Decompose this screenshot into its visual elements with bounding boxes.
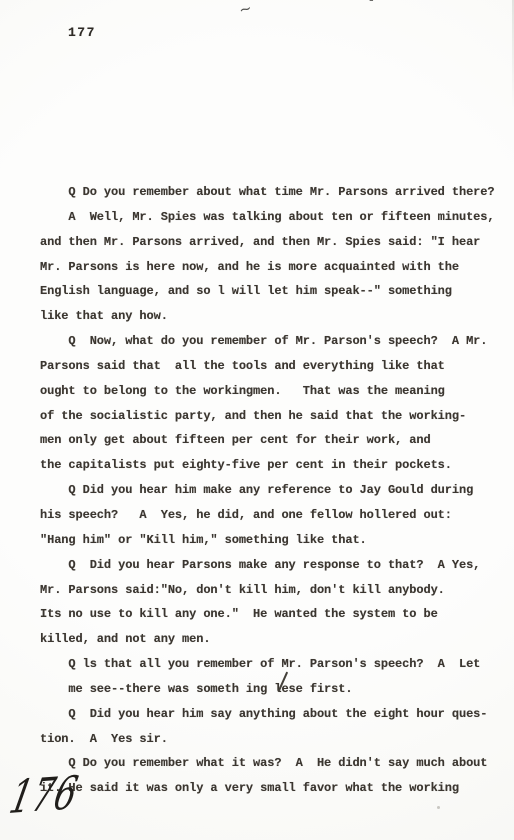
transcript-line: the capitalists put eighty-five per cent… bbox=[40, 453, 506, 478]
transcript-line: English language, and so l will let him … bbox=[40, 279, 506, 304]
transcript-line: me see--there was someth ing lese first. bbox=[40, 677, 506, 702]
transcript-line: Q Did you hear him make any reference to… bbox=[40, 478, 506, 503]
transcript-line: A Well, Mr. Spies was talking about ten … bbox=[40, 205, 506, 230]
typed-page-number: 177 bbox=[68, 25, 96, 40]
transcript-line: Mr. Parsons said:"No, don't kill him, do… bbox=[40, 578, 506, 603]
handwritten-page-number: 176 bbox=[6, 769, 82, 820]
pencil-squiggle-smudge: ~ bbox=[237, 0, 254, 19]
transcript-line: Q Do you remember what it was? A He didn… bbox=[40, 751, 506, 776]
transcript-text: Q Do you remember about what time Mr. Pa… bbox=[40, 180, 506, 801]
transcript-line: men only get about fifteen per cent for … bbox=[40, 428, 506, 453]
ink-dot-artifact bbox=[437, 806, 440, 809]
transcript-line: killed, and not any men. bbox=[40, 627, 506, 652]
transcript-line: his speech? A Yes, he did, and one fello… bbox=[40, 503, 506, 528]
transcript-line: Q Do you remember about what time Mr. Pa… bbox=[40, 180, 506, 205]
transcript-line: Q Did you hear him say anything about th… bbox=[40, 702, 506, 727]
ink-dash-smudge: - bbox=[369, 0, 374, 8]
transcript-line: Mr. Parsons is here now, and he is more … bbox=[40, 255, 506, 280]
transcript-line: "Hang him" or "Kill him," something like… bbox=[40, 528, 506, 553]
transcript-line: of the socialistic party, and then he sa… bbox=[40, 404, 506, 429]
transcript-line: tion. A Yes sir. bbox=[40, 727, 506, 752]
transcript-line: Q Now, what do you remember of Mr. Parso… bbox=[40, 329, 506, 354]
transcript-line: ought to belong to the workingmen. That … bbox=[40, 379, 506, 404]
transcript-line: Parsons said that all the tools and ever… bbox=[40, 354, 506, 379]
transcript-line: and then Mr. Parsons arrived, and then M… bbox=[40, 230, 506, 255]
transcript-line: it. He said it was only a very small fav… bbox=[40, 776, 506, 801]
transcript-line: like that any how. bbox=[40, 304, 506, 329]
scanned-transcript-page: ~ - 177 Q Do you remember about what tim… bbox=[0, 0, 514, 840]
transcript-line: Q Did you hear Parsons make any response… bbox=[40, 553, 506, 578]
transcript-line: Q ls that all you remember of Mr. Parson… bbox=[40, 652, 506, 677]
transcript-line: Its no use to kill any one." He wanted t… bbox=[40, 602, 506, 627]
